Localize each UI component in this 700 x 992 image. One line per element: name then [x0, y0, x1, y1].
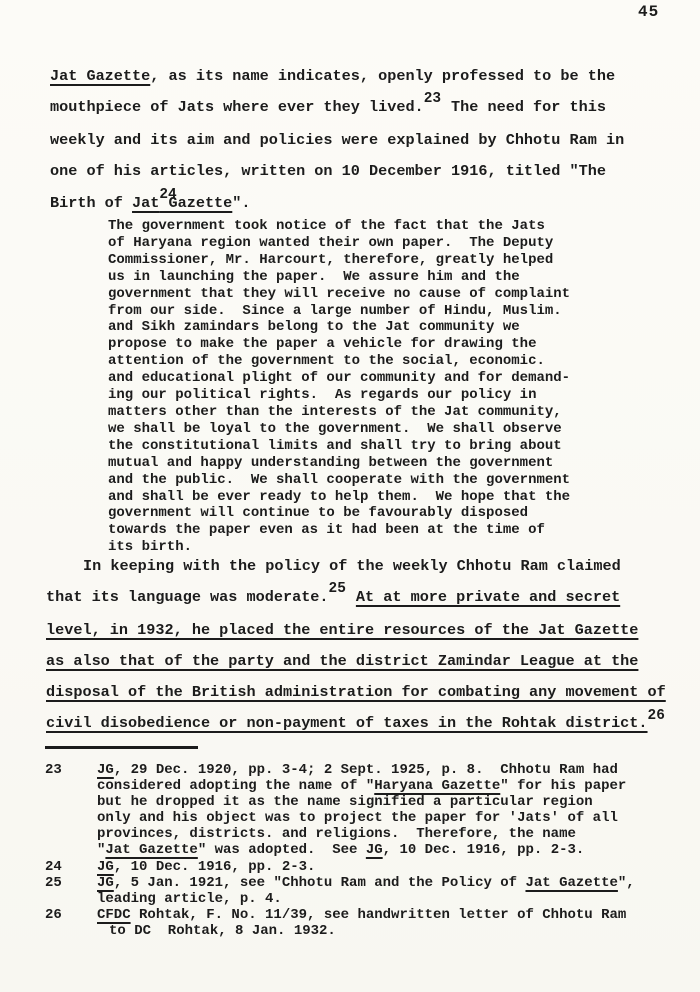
text-segment: and shall be ever ready to help them. We… [108, 489, 570, 505]
text-segment: and educational plight of our community … [108, 370, 570, 386]
text-line: we shall be loyal to the government. We … [108, 421, 570, 438]
footnote-number: 24 [45, 859, 97, 875]
text-line: considered adopting the name of "Haryana… [97, 778, 635, 794]
text-line: and the public. We shall cooperate with … [108, 472, 570, 489]
footnote-text: JG, 5 Jan. 1921, see "Chhotu Ram and the… [97, 875, 635, 907]
text-line: mouthpiece of Jats where ever they lived… [50, 92, 624, 124]
text-line: leading article, p. 4. [97, 891, 635, 907]
text-segment: we shall be loyal to the government. We … [108, 421, 562, 437]
underlined-text: level, in 1932, he placed the entire res… [46, 621, 638, 639]
text-segment: ing our political rights. As regards our… [108, 387, 536, 403]
text-segment: that its language was moderate. [46, 588, 329, 606]
text-segment: the constitutional limits and shall try … [108, 438, 562, 454]
text-line: government will continue to be favourabl… [108, 505, 570, 522]
text-line: Birth of Jat24 Gazette". [50, 188, 624, 220]
text-segment: Commissioner, Mr. Harcourt, therefore, g… [108, 252, 553, 268]
text-line: one of his articles, written on 10 Decem… [50, 156, 624, 187]
page-number: 45 [638, 3, 659, 21]
text-segment: , as its name indicates, openly professe… [150, 67, 615, 85]
text-segment: to DC Rohtak, 8 Jan. 1932. [109, 923, 336, 939]
underlined-text: Jat Gazette [105, 842, 197, 858]
text-segment: of Haryana region wanted their own paper… [108, 235, 553, 251]
text-line: JG, 5 Jan. 1921, see "Chhotu Ram and the… [97, 875, 635, 891]
text-segment: The government took notice of the fact t… [108, 218, 545, 234]
text-segment: , 5 Jan. 1921, see "Chhotu Ram and the P… [114, 875, 526, 891]
footnote-25: 25JG, 5 Jan. 1921, see "Chhotu Ram and t… [45, 875, 635, 907]
text-segment: us in launching the paper. We assure him… [108, 269, 520, 285]
footnotes-section: 23JG, 29 Dec. 1920, pp. 3-4; 2 Sept. 192… [45, 762, 635, 939]
text-line: government that they will receive no cau… [108, 286, 570, 303]
text-line: attention of the government to the socia… [108, 353, 570, 370]
text-line: of Haryana region wanted their own paper… [108, 235, 570, 252]
underlined-text: civil disobedience or non-payment of tax… [46, 714, 648, 732]
text-segment: towards the paper even as it had been at… [108, 522, 545, 538]
paragraph-policy-claim: In keeping with the policy of the weekly… [46, 551, 666, 741]
text-segment: attention of the government to the socia… [108, 353, 545, 369]
text-line: and educational plight of our community … [108, 370, 570, 387]
paragraph-intro: Jat Gazette, as its name indicates, open… [50, 61, 624, 220]
text-segment: Rohtak, F. No. 11/39, see handwritten le… [131, 907, 627, 923]
underlined-text: disposal of the British administration f… [46, 683, 666, 701]
underlined-text: Haryana Gazette [374, 778, 500, 794]
text-segment: matters other than the interests of the … [108, 404, 562, 420]
text-segment: provinces, districts. and religions. The… [97, 826, 576, 842]
underlined-text: At at more private and secret [356, 588, 620, 606]
text-segment: , 29 Dec. 1920, pp. 3-4; 2 Sept. 1925, p… [114, 762, 618, 778]
text-segment: only and his object was to project the p… [97, 810, 618, 826]
text-segment: mouthpiece of Jats where ever they lived… [50, 98, 424, 116]
underlined-text: JG [366, 842, 383, 858]
text-line: provinces, districts. and religions. The… [97, 826, 635, 842]
text-segment: and the public. We shall cooperate with … [108, 472, 570, 488]
text-segment: leading article, p. 4. [97, 891, 282, 907]
block-quote: The government took notice of the fact t… [108, 218, 570, 556]
text-segment: government will continue to be favourabl… [108, 505, 528, 521]
footnote-number: 23 [45, 762, 97, 778]
text-line: as also that of the party and the distri… [46, 646, 666, 677]
text-segment: but he dropped it as the name signified … [97, 794, 593, 810]
underlined-text: Jat Gazette [525, 875, 617, 891]
text-line: civil disobedience or non-payment of tax… [46, 708, 666, 740]
text-segment: from our side. Since a large number of H… [108, 303, 562, 319]
text-segment: , 10 Dec. 1916, pp. 2-3. [114, 859, 316, 875]
text-line: only and his object was to project the p… [97, 810, 635, 826]
text-segment: and Sikh zamindars belong to the Jat com… [108, 319, 520, 335]
footnote-26: 26CFDC Rohtak, F. No. 11/39, see handwri… [45, 907, 635, 939]
text-line: and shall be ever ready to help them. We… [108, 489, 570, 506]
text-line: "Jat Gazette" was adopted. See JG, 10 De… [97, 842, 635, 858]
text-segment: ", [618, 875, 635, 891]
text-line: that its language was moderate.25 At at … [46, 582, 666, 614]
text-segment: mutual and happy understanding between t… [108, 455, 553, 471]
scanned-document-page: 45 Jat Gazette, as its name indicates, o… [0, 0, 700, 992]
text-segment: weekly and its aim and policies were exp… [50, 131, 624, 149]
underlined-text: as also that of the party and the distri… [46, 652, 638, 670]
text-line: from our side. Since a large number of H… [108, 303, 570, 320]
text-line: the constitutional limits and shall try … [108, 438, 570, 455]
underlined-text: JG [97, 762, 114, 778]
underlined-text: Jat Gazette [50, 67, 150, 85]
text-line: ing our political rights. As regards our… [108, 387, 570, 404]
text-line: In keeping with the policy of the weekly… [46, 551, 666, 582]
text-segment: In keeping with the policy of the weekly… [83, 557, 621, 575]
footnote-24: 24JG, 10 Dec. 1916, pp. 2-3. [45, 859, 635, 875]
text-line: mutual and happy understanding between t… [108, 455, 570, 472]
text-line: Jat Gazette, as its name indicates, open… [50, 61, 624, 92]
text-line: JG, 29 Dec. 1920, pp. 3-4; 2 Sept. 1925,… [97, 762, 635, 778]
underlined-text: CFDC [97, 907, 131, 923]
text-segment: " for his paper [500, 778, 626, 794]
footnote-separator-line [45, 746, 198, 749]
text-line: The government took notice of the fact t… [108, 218, 570, 235]
footnote-23: 23JG, 29 Dec. 1920, pp. 3-4; 2 Sept. 192… [45, 762, 635, 859]
underlined-text: JG [97, 859, 114, 875]
text-line: CFDC Rohtak, F. No. 11/39, see handwritt… [97, 907, 635, 923]
text-line: level, in 1932, he placed the entire res… [46, 615, 666, 646]
footnote-number: 26 [45, 907, 97, 923]
footnote-text: JG, 10 Dec. 1916, pp. 2-3. [97, 859, 635, 875]
text-segment: The need for this [424, 98, 606, 116]
text-line: and Sikh zamindars belong to the Jat com… [108, 319, 570, 336]
text-segment: Birth of [50, 194, 132, 212]
text-line: Commissioner, Mr. Harcourt, therefore, g… [108, 252, 570, 269]
text-line: weekly and its aim and policies were exp… [50, 125, 624, 156]
text-line: propose to make the paper a vehicle for … [108, 336, 570, 353]
text-line: disposal of the British administration f… [46, 677, 666, 708]
text-line: towards the paper even as it had been at… [108, 522, 570, 539]
text-segment: ". [232, 194, 250, 212]
underlined-text: JG [97, 875, 114, 891]
text-segment: government that they will receive no cau… [108, 286, 570, 302]
text-segment: one of his articles, written on 10 Decem… [50, 162, 606, 180]
text-line: to DC Rohtak, 8 Jan. 1932. [97, 923, 635, 939]
footnote-text: CFDC Rohtak, F. No. 11/39, see handwritt… [97, 907, 635, 939]
text-line: matters other than the interests of the … [108, 404, 570, 421]
text-segment: " was adopted. See [198, 842, 366, 858]
text-segment: considered adopting the name of " [97, 778, 374, 794]
footnote-text: JG, 29 Dec. 1920, pp. 3-4; 2 Sept. 1925,… [97, 762, 635, 859]
footnote-number: 25 [45, 875, 97, 891]
underlined-text: Jat [132, 194, 159, 212]
text-line: JG, 10 Dec. 1916, pp. 2-3. [97, 859, 635, 875]
text-line: us in launching the paper. We assure him… [108, 269, 570, 286]
text-line: but he dropped it as the name signified … [97, 794, 635, 810]
text-segment: propose to make the paper a vehicle for … [108, 336, 536, 352]
text-segment: , 10 Dec. 1916, pp. 2-3. [383, 842, 585, 858]
